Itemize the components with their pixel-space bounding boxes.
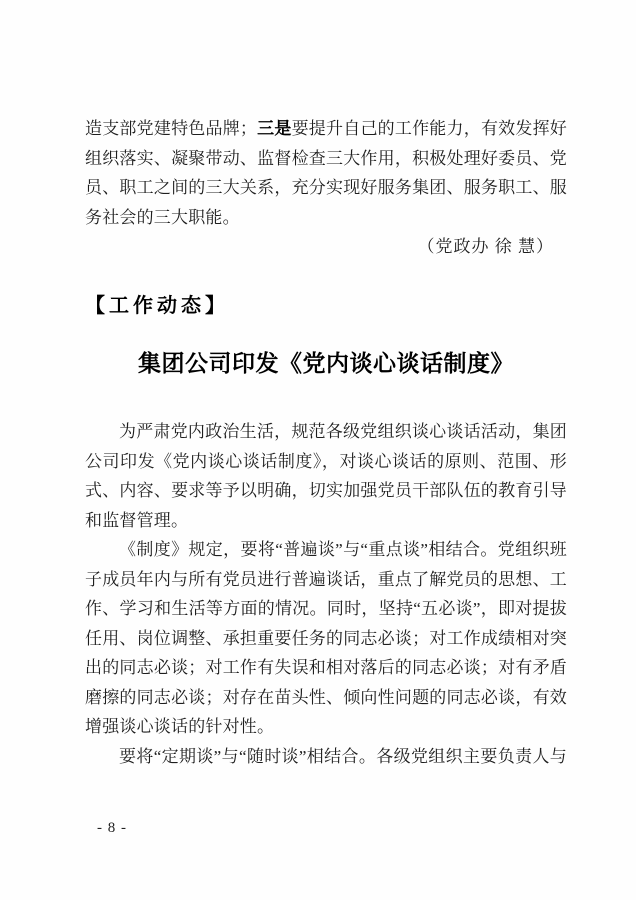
text-run: 要提升自己的工作能力，有效发挥好 xyxy=(292,119,567,138)
text-line: 式、内容、要求等予以明确，切实加强党员干部队伍的教育引导 xyxy=(85,476,567,506)
article-title: 集团公司印发《党内谈心谈话制度》 xyxy=(85,345,567,382)
article-attribution: （党政办 徐 慧） xyxy=(85,232,567,262)
text-line: 《制度》规定，要将“普遍谈”与“重点谈”相结合。党组织班 xyxy=(85,535,567,565)
text-line: 务社会的三大职能。 xyxy=(85,203,567,233)
text-line: 员、职工之间的三大关系，充分实现好服务集团、服务职工、服 xyxy=(85,173,567,203)
paragraph-intro: 为严肃党内政治生活，规范各级党组织谈心谈话活动，集团 公司印发《党内谈心谈话制度… xyxy=(85,417,567,535)
page-number: - 8 - xyxy=(97,818,127,838)
text-line: 公司印发《党内谈心谈话制度》，对谈心谈话的原则、范围、形 xyxy=(85,447,567,477)
text-line: 作、学习和生活等方面的情况。同时，坚持“五必谈”，即对提拔 xyxy=(85,594,567,624)
paragraph-previous-article-end: 造支部党建特色品牌；三是要提升自己的工作能力，有效发挥好 组织落实、凝聚带动、监… xyxy=(85,114,567,232)
text-line: 组织落实、凝聚带动、监督检查三大作用，积极处理好委员、党 xyxy=(85,144,567,174)
text-line: 任用、岗位调整、承担重要任务的同志必谈；对工作成绩相对突 xyxy=(85,624,567,654)
document-page: 造支部党建特色品牌；三是要提升自己的工作能力，有效发挥好 组织落实、凝聚带动、监… xyxy=(0,0,636,900)
text-line: 要将“定期谈”与“随时谈”相结合。各级党组织主要负责人与 xyxy=(85,742,567,772)
paragraph-regular-talks: 要将“定期谈”与“随时谈”相结合。各级党组织主要负责人与 xyxy=(85,742,567,772)
text-line: 出的同志必谈；对工作有失误和相对落后的同志必谈；对有矛盾 xyxy=(85,653,567,683)
text-line: 子成员年内与所有党员进行普遍谈话，重点了解党员的思想、工 xyxy=(85,565,567,595)
text-line: 磨擦的同志必谈；对存在苗头性、倾向性问题的同志必谈，有效 xyxy=(85,683,567,713)
text-line: 为严肃党内政治生活，规范各级党组织谈心谈话活动，集团 xyxy=(85,417,567,447)
text-line: 造支部党建特色品牌；三是要提升自己的工作能力，有效发挥好 xyxy=(85,114,567,144)
section-header: 【工作动态】 xyxy=(85,292,567,322)
text-run: 造支部党建特色品牌； xyxy=(85,119,257,138)
page-content: 造支部党建特色品牌；三是要提升自己的工作能力，有效发挥好 组织落实、凝聚带动、监… xyxy=(85,114,567,771)
text-line: 增强谈心谈话的针对性。 xyxy=(85,712,567,742)
paragraph-rules: 《制度》规定，要将“普遍谈”与“重点谈”相结合。党组织班 子成员年内与所有党员进… xyxy=(85,535,567,742)
bold-run: 三是 xyxy=(257,119,291,138)
text-line: 和监督管理。 xyxy=(85,506,567,536)
